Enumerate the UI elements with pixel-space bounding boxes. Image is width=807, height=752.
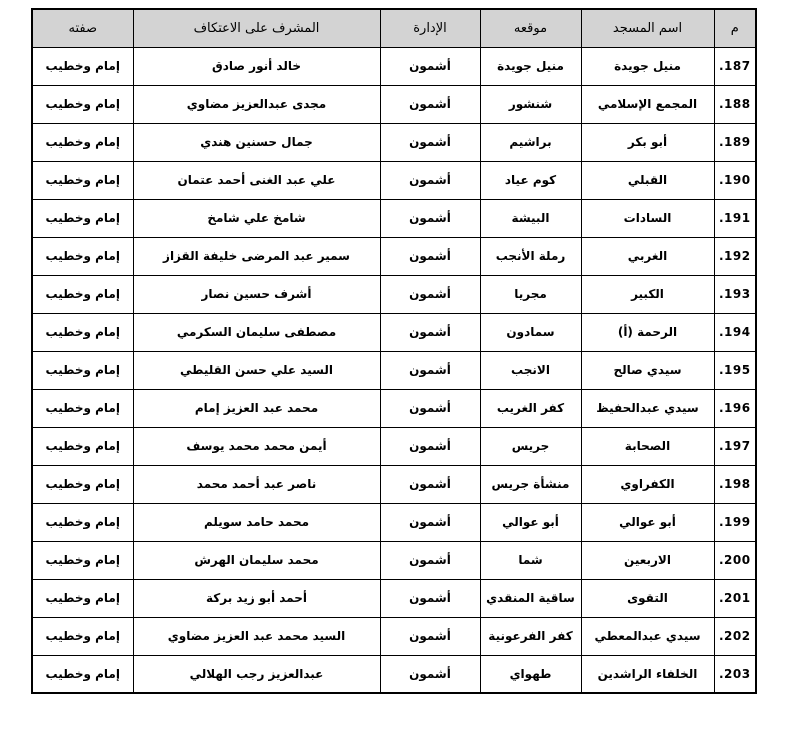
- cell-supervisor-name: أشرف حسين نصار: [133, 275, 380, 313]
- cell-role: إمام وخطيب: [32, 85, 133, 123]
- cell-location: ساقية المنقدي: [480, 579, 581, 617]
- cell-admin: أشمون: [380, 313, 480, 351]
- table-row: 197. الصحابة جريس أشمون أيمن محمد محمد ي…: [32, 427, 756, 465]
- table-row: 200. الاربعين شما أشمون محمد سليمان الهر…: [32, 541, 756, 579]
- cell-row-number: 187.: [714, 47, 756, 85]
- cell-role: إمام وخطيب: [32, 237, 133, 275]
- cell-supervisor-name: شامخ علي شامخ: [133, 199, 380, 237]
- cell-row-number: 199.: [714, 503, 756, 541]
- cell-mosque-name: الكفراوي: [581, 465, 714, 503]
- cell-admin: أشمون: [380, 541, 480, 579]
- cell-supervisor-name: محمد عبد العزيز إمام: [133, 389, 380, 427]
- cell-supervisor-name: السيد محمد عبد العزيز مضاوي: [133, 617, 380, 655]
- cell-location: البيشة: [480, 199, 581, 237]
- cell-location: كوم عياد: [480, 161, 581, 199]
- header-num: م: [714, 9, 756, 47]
- cell-mosque-name: الاربعين: [581, 541, 714, 579]
- cell-role: إمام وخطيب: [32, 579, 133, 617]
- cell-mosque-name: السادات: [581, 199, 714, 237]
- cell-location: كفر الغريب: [480, 389, 581, 427]
- header-mosque-name: اسم المسجد: [581, 9, 714, 47]
- cell-role: إمام وخطيب: [32, 199, 133, 237]
- cell-supervisor-name: مصطفى سليمان السكرمي: [133, 313, 380, 351]
- cell-row-number: 194.: [714, 313, 756, 351]
- cell-role: إمام وخطيب: [32, 503, 133, 541]
- cell-admin: أشمون: [380, 579, 480, 617]
- cell-location: أبو عوالي: [480, 503, 581, 541]
- cell-row-number: 201.: [714, 579, 756, 617]
- cell-admin: أشمون: [380, 389, 480, 427]
- cell-mosque-name: الغربي: [581, 237, 714, 275]
- table-row: 195. سيدي صالح الانجب أشمون السيد علي حس…: [32, 351, 756, 389]
- cell-row-number: 192.: [714, 237, 756, 275]
- cell-supervisor-name: السيد علي حسن القليطي: [133, 351, 380, 389]
- cell-supervisor-name: علي عبد الغنى أحمد عتمان: [133, 161, 380, 199]
- cell-role: إمام وخطيب: [32, 123, 133, 161]
- cell-row-number: 198.: [714, 465, 756, 503]
- table-row: 203. الخلفاء الراشدين طهواي أشمون عبدالع…: [32, 655, 756, 693]
- cell-role: إمام وخطيب: [32, 351, 133, 389]
- table-row: 196. سيدي عبدالحفيظ كفر الغريب أشمون محم…: [32, 389, 756, 427]
- cell-location: كفر الفرعونية: [480, 617, 581, 655]
- cell-role: إمام وخطيب: [32, 275, 133, 313]
- cell-location: رملة الأنجب: [480, 237, 581, 275]
- cell-supervisor-name: ناصر عبد أحمد محمد: [133, 465, 380, 503]
- cell-mosque-name: أبو عوالي: [581, 503, 714, 541]
- cell-location: مجريا: [480, 275, 581, 313]
- table-row: 202. سيدي عبدالمعطي كفر الفرعونية أشمون …: [32, 617, 756, 655]
- cell-role: إمام وخطيب: [32, 541, 133, 579]
- table-row: 191. السادات البيشة أشمون شامخ علي شامخ …: [32, 199, 756, 237]
- cell-mosque-name: سيدي عبدالحفيظ: [581, 389, 714, 427]
- cell-row-number: 203.: [714, 655, 756, 693]
- cell-location: جريس: [480, 427, 581, 465]
- cell-admin: أشمون: [380, 85, 480, 123]
- cell-mosque-name: التقوى: [581, 579, 714, 617]
- cell-location: طهواي: [480, 655, 581, 693]
- cell-location: الانجب: [480, 351, 581, 389]
- cell-location: شما: [480, 541, 581, 579]
- mosque-itikaf-table: م اسم المسجد موقعه الإدارة المشرف على ال…: [31, 8, 757, 694]
- table-body: 187. منيل جويدة منيل جويدة أشمون خالد أن…: [32, 47, 756, 693]
- table-row: 198. الكفراوي منشأة جريس أشمون ناصر عبد …: [32, 465, 756, 503]
- cell-role: إمام وخطيب: [32, 655, 133, 693]
- cell-mosque-name: سيدي صالح: [581, 351, 714, 389]
- cell-admin: أشمون: [380, 617, 480, 655]
- cell-mosque-name: الرحمة (أ): [581, 313, 714, 351]
- header-role: صفته: [32, 9, 133, 47]
- cell-admin: أشمون: [380, 427, 480, 465]
- cell-supervisor-name: محمد سليمان الهرش: [133, 541, 380, 579]
- cell-role: إمام وخطيب: [32, 389, 133, 427]
- cell-row-number: 196.: [714, 389, 756, 427]
- cell-row-number: 190.: [714, 161, 756, 199]
- cell-admin: أشمون: [380, 465, 480, 503]
- table-row: 188. المجمع الإسلامي شنشور أشمون مجدى عب…: [32, 85, 756, 123]
- cell-mosque-name: منيل جويدة: [581, 47, 714, 85]
- table-row: 192. الغربي رملة الأنجب أشمون سمير عبد ا…: [32, 237, 756, 275]
- cell-location: شنشور: [480, 85, 581, 123]
- cell-admin: أشمون: [380, 123, 480, 161]
- cell-role: إمام وخطيب: [32, 465, 133, 503]
- cell-row-number: 200.: [714, 541, 756, 579]
- cell-admin: أشمون: [380, 275, 480, 313]
- table-row: 193. الكبير مجريا أشمون أشرف حسين نصار إ…: [32, 275, 756, 313]
- table-row: 201. التقوى ساقية المنقدي أشمون أحمد أبو…: [32, 579, 756, 617]
- cell-admin: أشمون: [380, 161, 480, 199]
- cell-admin: أشمون: [380, 47, 480, 85]
- table-row: 190. القبلي كوم عياد أشمون علي عبد الغنى…: [32, 161, 756, 199]
- header-row: م اسم المسجد موقعه الإدارة المشرف على ال…: [32, 9, 756, 47]
- cell-mosque-name: القبلي: [581, 161, 714, 199]
- document-page: م اسم المسجد موقعه الإدارة المشرف على ال…: [0, 0, 807, 752]
- cell-supervisor-name: محمد حامد سويلم: [133, 503, 380, 541]
- cell-mosque-name: الكبير: [581, 275, 714, 313]
- cell-row-number: 202.: [714, 617, 756, 655]
- header-admin: الإدارة: [380, 9, 480, 47]
- table-row: 189. أبو بكر براشيم أشمون جمال حسنين هند…: [32, 123, 756, 161]
- header-location: موقعه: [480, 9, 581, 47]
- cell-mosque-name: الخلفاء الراشدين: [581, 655, 714, 693]
- cell-admin: أشمون: [380, 351, 480, 389]
- cell-row-number: 191.: [714, 199, 756, 237]
- cell-role: إمام وخطيب: [32, 427, 133, 465]
- cell-row-number: 189.: [714, 123, 756, 161]
- cell-mosque-name: المجمع الإسلامي: [581, 85, 714, 123]
- cell-role: إمام وخطيب: [32, 313, 133, 351]
- cell-row-number: 195.: [714, 351, 756, 389]
- cell-admin: أشمون: [380, 199, 480, 237]
- cell-supervisor-name: جمال حسنين هندي: [133, 123, 380, 161]
- cell-supervisor-name: عبدالعزيز رجب الهلالي: [133, 655, 380, 693]
- cell-role: إمام وخطيب: [32, 161, 133, 199]
- cell-row-number: 193.: [714, 275, 756, 313]
- cell-supervisor-name: سمير عبد المرضى خليفة القزاز: [133, 237, 380, 275]
- cell-location: سمادون: [480, 313, 581, 351]
- cell-location: منشأة جريس: [480, 465, 581, 503]
- cell-admin: أشمون: [380, 237, 480, 275]
- table-row: 194. الرحمة (أ) سمادون أشمون مصطفى سليما…: [32, 313, 756, 351]
- cell-supervisor-name: مجدى عبدالعزيز مضاوي: [133, 85, 380, 123]
- cell-mosque-name: الصحابة: [581, 427, 714, 465]
- cell-mosque-name: أبو بكر: [581, 123, 714, 161]
- cell-admin: أشمون: [380, 655, 480, 693]
- table-row: 187. منيل جويدة منيل جويدة أشمون خالد أن…: [32, 47, 756, 85]
- table-row: 199. أبو عوالي أبو عوالي أشمون محمد حامد…: [32, 503, 756, 541]
- cell-mosque-name: سيدي عبدالمعطي: [581, 617, 714, 655]
- cell-location: منيل جويدة: [480, 47, 581, 85]
- cell-admin: أشمون: [380, 503, 480, 541]
- cell-supervisor-name: أحمد أبو زيد بركة: [133, 579, 380, 617]
- cell-role: إمام وخطيب: [32, 617, 133, 655]
- cell-supervisor-name: أيمن محمد محمد يوسف: [133, 427, 380, 465]
- cell-location: براشيم: [480, 123, 581, 161]
- cell-supervisor-name: خالد أنور صادق: [133, 47, 380, 85]
- header-supervisor: المشرف على الاعتكاف: [133, 9, 380, 47]
- cell-row-number: 197.: [714, 427, 756, 465]
- cell-role: إمام وخطيب: [32, 47, 133, 85]
- cell-row-number: 188.: [714, 85, 756, 123]
- table-header: م اسم المسجد موقعه الإدارة المشرف على ال…: [32, 9, 756, 47]
